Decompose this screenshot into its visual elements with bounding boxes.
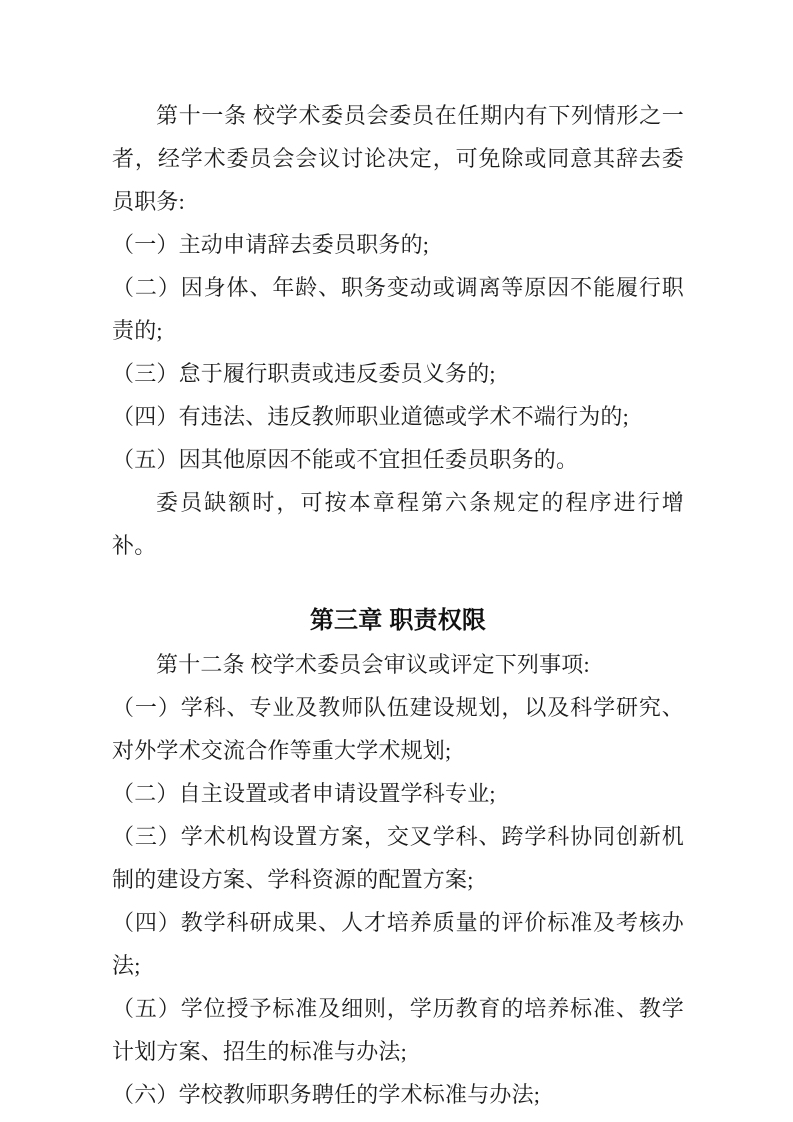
paragraph: 第十一条 校学术委员会委员在任期内有下列情形之一者，经学术委员会会议讨论决定，可… [112, 94, 684, 223]
paragraph: 委员缺额时，可按本章程第六条规定的程序进行增补。 [112, 481, 684, 567]
list-item: （六）学校教师职务聘任的学术标准与办法; [112, 1073, 684, 1116]
list-item: （二）自主设置或者申请设置学科专业; [112, 772, 684, 815]
document-page: 第十一条 校学术委员会委员在任期内有下列情形之一者，经学术委员会会议讨论决定，可… [0, 0, 793, 1122]
list-item: （二）因身体、年龄、职务变动或调离等原因不能履行职责的; [112, 266, 684, 352]
chapter-heading: 第三章 职责权限 [112, 598, 684, 643]
list-item: （四）有违法、违反教师职业道德或学术不端行为的; [112, 395, 684, 438]
list-item: （三）怠于履行职责或违反委员义务的; [112, 352, 684, 395]
list-item: （一）学科、专业及教师队伍建设规划，以及科学研究、对外学术交流合作等重大学术规划… [112, 686, 684, 772]
document-body: 第十一条 校学术委员会委员在任期内有下列情形之一者，经学术委员会会议讨论决定，可… [112, 94, 684, 1116]
paragraph: 第十二条 校学术委员会审议或评定下列事项: [112, 643, 684, 686]
list-item: （一）主动申请辞去委员职务的; [112, 223, 684, 266]
list-item: （五）因其他原因不能或不宜担任委员职务的。 [112, 438, 684, 481]
list-item: （五）学位授予标准及细则，学历教育的培养标准、教学计划方案、招生的标准与办法; [112, 987, 684, 1073]
list-item: （四）教学科研成果、人才培养质量的评价标准及考核办法; [112, 901, 684, 987]
list-item: （三）学术机构设置方案，交叉学科、跨学科协同创新机制的建设方案、学科资源的配置方… [112, 815, 684, 901]
